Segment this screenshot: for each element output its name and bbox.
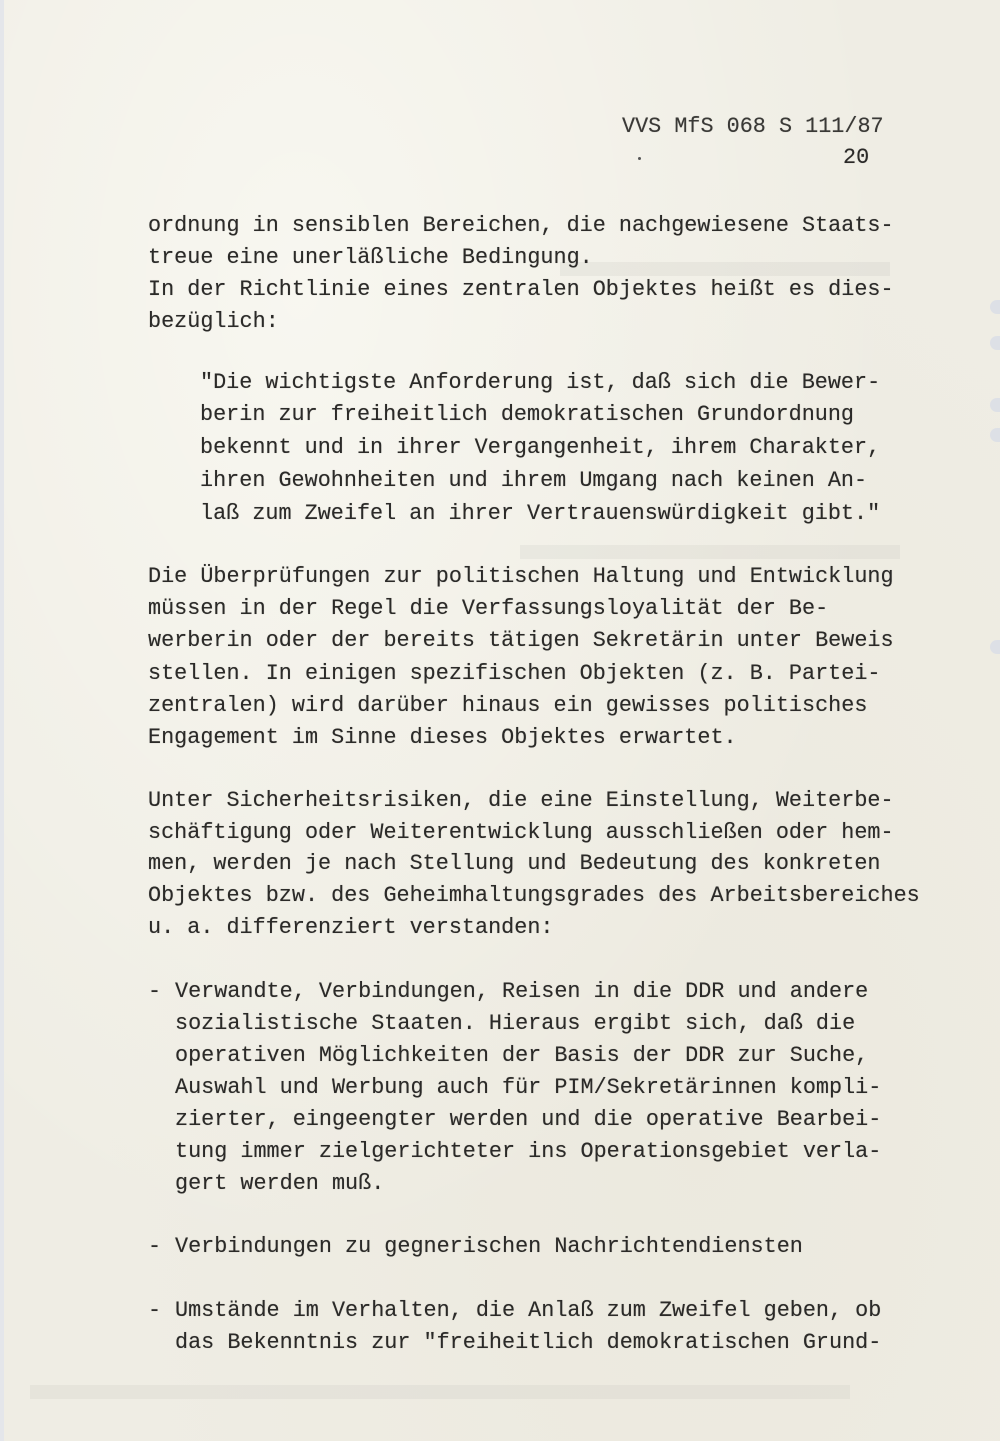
text-line: schäftigung oder Weiterentwicklung aussc…	[148, 822, 894, 844]
quote-line: berin zur freiheitlich demokratischen Gr…	[200, 404, 854, 426]
text-line: Die Überprüfungen zur politischen Haltun…	[148, 566, 894, 588]
quote-line: laß zum Zweifel an ihrer Vertrauenswürdi…	[200, 503, 880, 525]
bullet-line: zierter, eingeengter werden und die oper…	[175, 1109, 881, 1131]
text-line: In der Richtlinie eines zentralen Objekt…	[148, 279, 894, 301]
text-line: Objektes bzw. des Geheimhaltungsgrades d…	[148, 885, 920, 907]
bleed-through-mark	[520, 545, 900, 559]
text-line: treue eine unerläßliche Bedingung.	[148, 247, 593, 269]
document-reference: VVS MfS 068 S 111/87	[622, 116, 884, 138]
bullet-dash: -	[148, 1300, 161, 1322]
text-line: müssen in der Regel die Verfassungsloyal…	[148, 598, 828, 620]
text-line: u. a. differenziert verstanden:	[148, 917, 554, 939]
bullet-line: operativen Möglichkeiten der Basis der D…	[175, 1045, 868, 1067]
text-line: ordnung in sensiblen Bereichen, die nach…	[148, 215, 894, 237]
bullet-line: Verwandte, Verbindungen, Reisen in die D…	[175, 981, 868, 1003]
bullet-dash: -	[148, 1236, 161, 1258]
ink-dot	[638, 157, 641, 160]
text-line: men, werden je nach Stellung und Bedeutu…	[148, 853, 881, 875]
quote-line: "Die wichtigste Anforderung ist, daß sic…	[200, 372, 880, 394]
perforation-mark	[990, 428, 1000, 442]
bullet-line: Auswahl und Werbung auch für PIM/Sekretä…	[175, 1077, 881, 1099]
perforation-mark	[990, 336, 1000, 350]
text-line: bezüglich:	[148, 311, 279, 333]
bullet-line: das Bekenntnis zur "freiheitlich demokra…	[175, 1332, 881, 1354]
page-number: 20	[843, 147, 869, 169]
bullet-line: gert werden muß.	[175, 1173, 384, 1195]
bleed-through-mark	[30, 1385, 850, 1399]
bullet-line: tung immer zielgerichteter ins Operation…	[175, 1141, 881, 1163]
bleed-through-mark	[560, 262, 890, 276]
quote-line: ihren Gewohnheiten und ihrem Umgang nach…	[200, 470, 867, 492]
perforation-mark	[990, 300, 1000, 314]
text-line: werberin oder der bereits tätigen Sekret…	[148, 630, 894, 652]
bullet-dash: -	[148, 981, 161, 1003]
quote-line: bekennt und in ihrer Vergangenheit, ihre…	[200, 437, 880, 459]
bullet-line: sozialistische Staaten. Hieraus ergibt s…	[175, 1013, 855, 1035]
paper-page: VVS MfS 068 S 111/87 20 ordnung in sensi…	[0, 0, 1000, 1441]
bullet-line: Umstände im Verhalten, die Anlaß zum Zwe…	[175, 1300, 881, 1322]
page-left-edge	[0, 0, 4, 1441]
perforation-mark	[990, 640, 1000, 654]
text-line: stellen. In einigen spezifischen Objekte…	[148, 663, 881, 685]
perforation-mark	[990, 398, 1000, 412]
text-line: Unter Sicherheitsrisiken, die eine Einst…	[148, 790, 894, 812]
bullet-line: Verbindungen zu gegnerischen Nachrichten…	[175, 1236, 803, 1258]
text-line: Engagement im Sinne dieses Objektes erwa…	[148, 727, 737, 749]
text-line: zentralen) wird darüber hinaus ein gewis…	[148, 695, 867, 717]
